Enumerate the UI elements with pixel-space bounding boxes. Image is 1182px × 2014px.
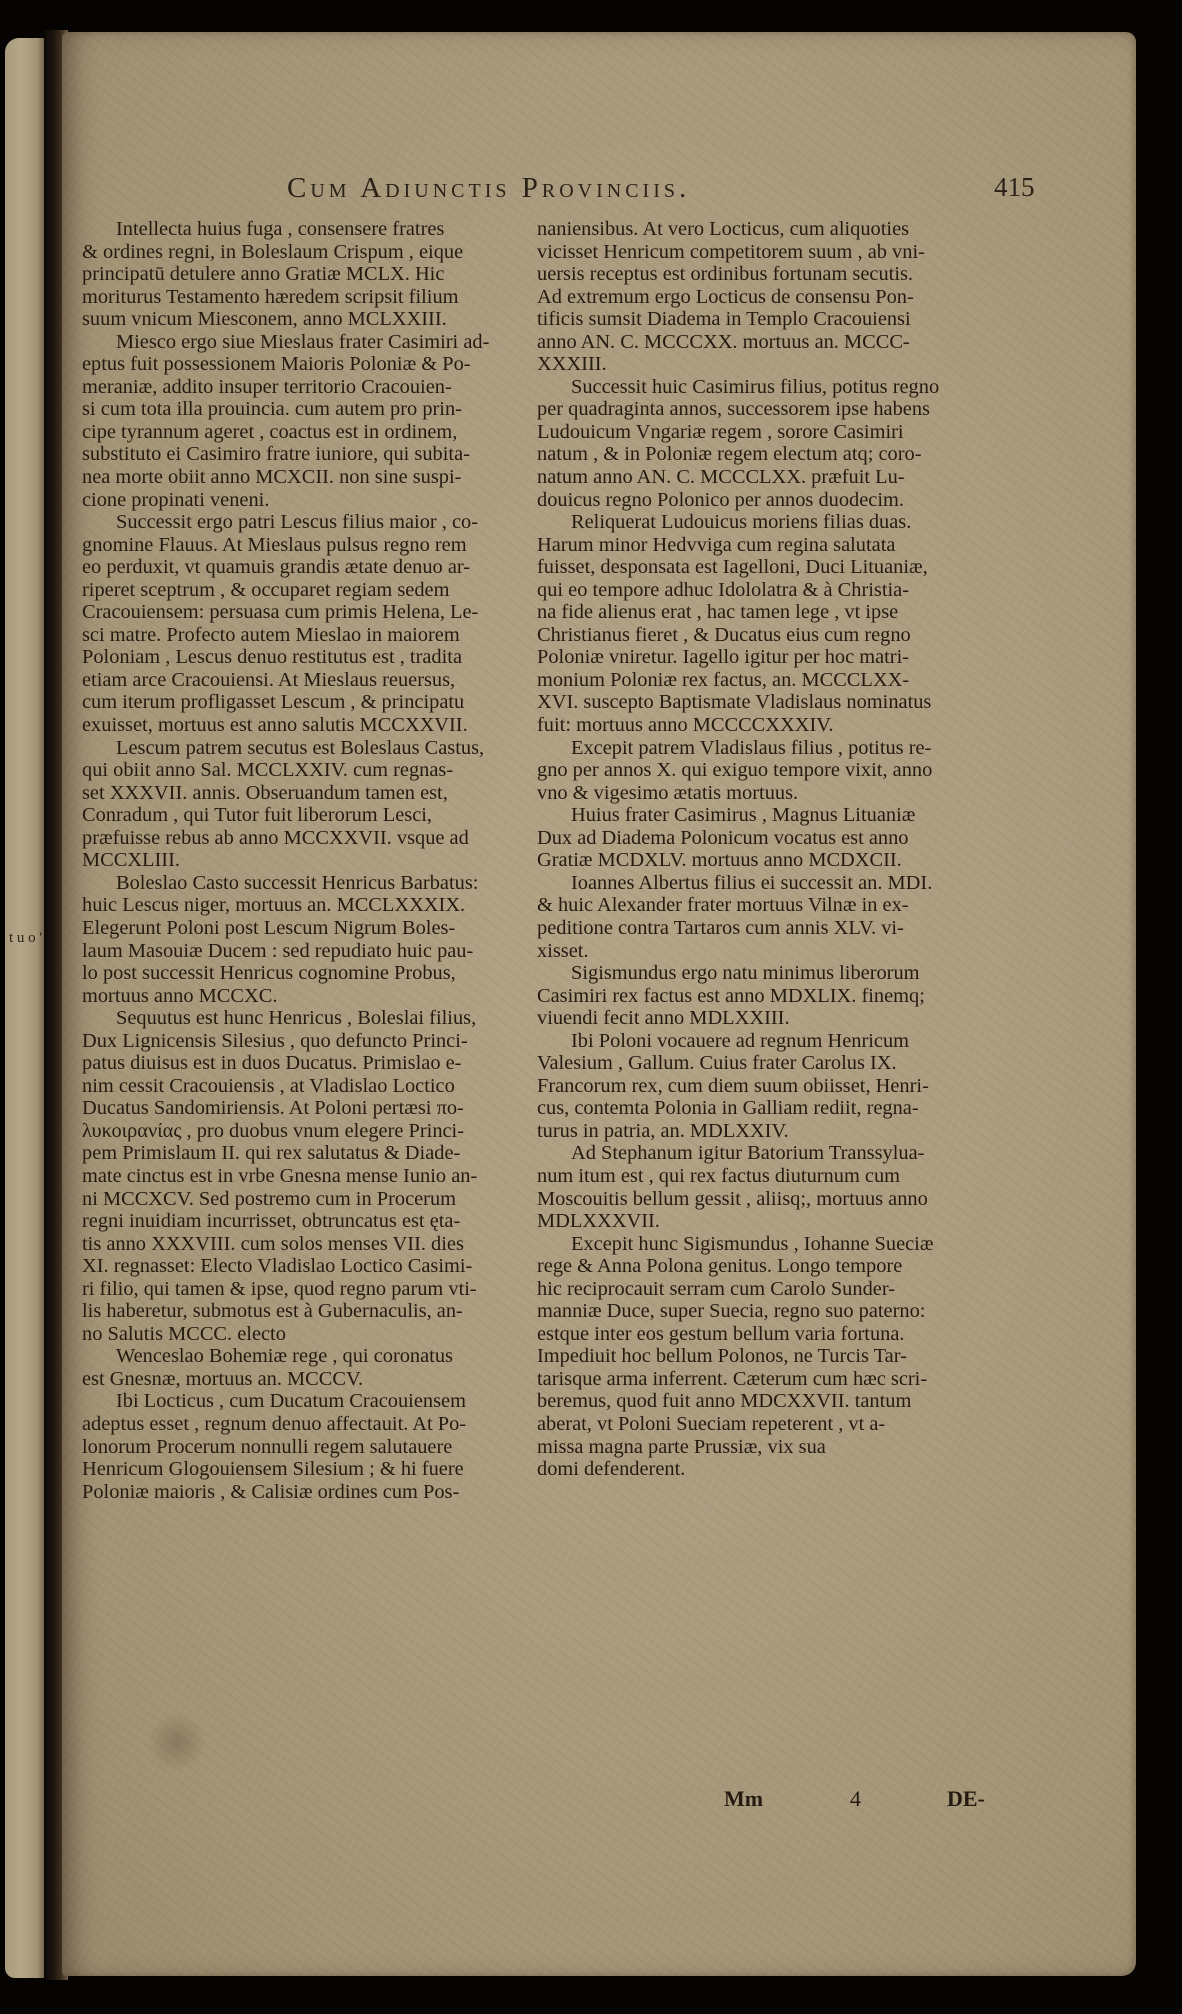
text-line: Boleslao Casto successit Henricus Barbat… [82, 872, 502, 895]
text-line: & ordines regni, in Boleslaum Crispum , … [82, 241, 502, 264]
text-line: tificis sumsit Diadema in Templo Cracoui… [537, 308, 957, 331]
text-line: lo post successit Henricus cognomine Pro… [82, 962, 502, 985]
text-line: Conradum , qui Tutor fuit liberorum Lesc… [82, 804, 502, 827]
running-head: Cum Adiunctis Provinciis. [287, 172, 690, 205]
text-line: qui obiit anno Sal. MCCLXXIV. cum regnas… [82, 759, 502, 782]
text-line: Poloniam , Lescus denuo restitutus est ,… [82, 646, 502, 669]
text-line: λυκοιρανίας , pro duobus vnum elegere Pr… [82, 1120, 502, 1143]
text-line: anno AN. C. MCCCXX. mortuus an. MCCC- [537, 331, 957, 354]
text-line: turus in patria, an. MDLXXIV. [537, 1120, 957, 1143]
right-text-column: naniensibus. At vero Locticus, cum aliqu… [537, 218, 957, 1481]
text-line: rege & Anna Polona genitus. Longo tempor… [537, 1255, 957, 1278]
text-line: cipe tyrannum ageret , coactus est in or… [82, 421, 502, 444]
left-text-column: Intellecta huius fuga , consensere fratr… [82, 218, 502, 1503]
text-line: num itum est , qui rex factus diuturnum … [537, 1165, 957, 1188]
text-line: douicus regno Polonico per annos duodeci… [537, 489, 957, 512]
text-line: peditione contra Tartaros cum annis XLV.… [537, 917, 957, 940]
text-line: suum vnicum Miesconem, anno MCLXXIII. [82, 308, 502, 331]
text-line: fuit: mortuus anno MCCCCXXXIV. [537, 714, 957, 737]
text-line: MCCXLIII. [82, 849, 502, 872]
text-line: Christianus fieret , & Ducatus eius cum … [537, 624, 957, 647]
text-line: viuendi fecit anno MDLXXIII. [537, 1007, 957, 1030]
text-line: estque inter eos gestum bellum varia for… [537, 1323, 957, 1346]
text-line: tarisque arma inferrent. Cæterum cum hæc… [537, 1368, 957, 1391]
text-line: mortuus anno MCCXC. [82, 985, 502, 1008]
text-line: cum iterum profligasset Lescum , & princ… [82, 691, 502, 714]
text-line: Excepit patrem Vladislaus filius , potit… [537, 737, 957, 760]
text-line: Lescum patrem secutus est Boleslaus Cast… [82, 737, 502, 760]
text-line: XXXIII. [537, 353, 957, 376]
text-line: nea morte obiit anno MCXCII. non sine su… [82, 466, 502, 489]
text-line: Ibi Poloni vocauere ad regnum Henricum [537, 1030, 957, 1053]
text-line: xisset. [537, 940, 957, 963]
text-line: meraniæ, addito insuper territorio Craco… [82, 376, 502, 399]
text-line: natum , & in Poloniæ regem electum atq; … [537, 443, 957, 466]
text-line: Poloniæ maioris , & Calisiæ ordines cum … [82, 1481, 502, 1504]
text-line: ni MCCXCV. Sed postremo cum in Procerum [82, 1188, 502, 1211]
text-line: fuisset, desponsata est Iagelloni, Duci … [537, 556, 957, 579]
text-line: Ioannes Albertus filius ei successit an.… [537, 872, 957, 895]
text-line: cus, contemta Polonia in Galliam rediit,… [537, 1097, 957, 1120]
text-line: vicisset Henricum competitorem suum , ab… [537, 241, 957, 264]
text-line: Excepit hunc Sigismundus , Iohanne Sueci… [537, 1233, 957, 1256]
text-line: domi defenderent. [537, 1458, 957, 1481]
text-line: uersis receptus est ordinibus fortunam s… [537, 263, 957, 286]
text-line: nim cessit Cracouiensis , at Vladislao L… [82, 1075, 502, 1098]
text-line: gnomine Flauus. At Mieslaus pulsus regno… [82, 534, 502, 557]
text-line: patus diuisus est in duos Ducatus. Primi… [82, 1052, 502, 1075]
text-line: hic reciprocauit serram cum Carolo Sunde… [537, 1278, 957, 1301]
text-line: natum anno AN. C. MCCCLXX. præfuit Lu- [537, 466, 957, 489]
text-line: si cum tota illa prouincia. cum autem pr… [82, 398, 502, 421]
text-line: lonorum Procerum nonnulli regem salutaue… [82, 1436, 502, 1459]
text-line: præfuisse rebus ab anno MCCXXVII. vsque … [82, 827, 502, 850]
text-line: Francorum rex, cum diem suum obiisset, H… [537, 1075, 957, 1098]
text-line: Intellecta huius fuga , consensere fratr… [82, 218, 502, 241]
text-line: Reliquerat Ludouicus moriens filias duas… [537, 511, 957, 534]
text-line: Elegerunt Poloni post Lescum Nigrum Bole… [82, 917, 502, 940]
text-line: naniensibus. At vero Locticus, cum aliqu… [537, 218, 957, 241]
text-line: Impediuit hoc bellum Polonos, ne Turcis … [537, 1345, 957, 1368]
text-line: Dux Lignicensis Silesius , quo defuncto … [82, 1030, 502, 1053]
text-line: mate cinctus est in vrbe Gnesna mense Iu… [82, 1165, 502, 1188]
text-line: Harum minor Hedvviga cum regina salutata [537, 534, 957, 557]
text-line: moriturus Testamento hæredem scripsit fi… [82, 286, 502, 309]
book-page: Cum Adiunctis Provinciis. 415 Intellecta… [62, 32, 1136, 1976]
text-line: Ad extremum ergo Locticus de consensu Po… [537, 286, 957, 309]
text-line: MDLXXXVII. [537, 1210, 957, 1233]
text-line: na fide alienus erat , hac tamen lege , … [537, 601, 957, 624]
text-line: Gratiæ MCDXLV. mortuus anno MCDXCII. [537, 849, 957, 872]
text-line: qui eo tempore adhuc Idololatra & à Chri… [537, 579, 957, 602]
text-line: Ibi Locticus , cum Ducatum Cracouiensem [82, 1390, 502, 1413]
text-line: Ad Stephanum igitur Batorium Transsylua- [537, 1142, 957, 1165]
text-line: riperet sceptrum , & occuparet regiam se… [82, 579, 502, 602]
text-line: monium Poloniæ rex factus, an. MCCCLXX- [537, 669, 957, 692]
text-line: tis anno XXXVIII. cum solos menses VII. … [82, 1233, 502, 1256]
text-line: huic Lescus niger, mortuus an. MCCLXXXIX… [82, 894, 502, 917]
text-line: lis haberetur, submotus est à Gubernacul… [82, 1300, 502, 1323]
text-line: Moscouitis bellum gessit , aliisq;, mort… [537, 1188, 957, 1211]
text-line: & huic Alexander frater mortuus Vilnæ in… [537, 894, 957, 917]
text-line: Dux ad Diadema Polonicum vocatus est ann… [537, 827, 957, 850]
text-line: Successit huic Casimirus filius, potitus… [537, 376, 957, 399]
text-line: aberat, vt Poloni Sueciam repeterent , v… [537, 1413, 957, 1436]
text-line: Cracouiensem: persuasa cum primis Helena… [82, 601, 502, 624]
text-line: Wenceslao Bohemiæ rege , qui coronatus [82, 1345, 502, 1368]
page-number: 415 [994, 172, 1035, 203]
text-line: pem Primislaum II. qui rex salutatus & D… [82, 1142, 502, 1165]
text-line: Henricum Glogouiensem Silesium ; & hi fu… [82, 1458, 502, 1481]
text-line: XVI. suscepto Baptismate Vladislaus nomi… [537, 691, 957, 714]
ink-smudge [147, 1712, 207, 1772]
text-line: Sequutus est hunc Henricus , Boleslai fi… [82, 1007, 502, 1030]
catchword: DE- [947, 1786, 985, 1812]
signature-number: 4 [850, 1786, 861, 1812]
text-line: sci matre. Profecto autem Mieslao in mai… [82, 624, 502, 647]
text-line: Miesco ergo siue Mieslaus frater Casimir… [82, 331, 502, 354]
text-line: manniæ Duce, super Suecia, regno suo pat… [537, 1300, 957, 1323]
text-line: Valesium , Gallum. Cuius frater Carolus … [537, 1052, 957, 1075]
text-line: exuisset, mortuus est anno salutis MCCXX… [82, 714, 502, 737]
text-line: Poloniæ vniretur. Iagello igitur per hoc… [537, 646, 957, 669]
text-line: beremus, quod fuit anno MDCXXVII. tantum [537, 1390, 957, 1413]
text-line: etiam arce Cracouiensi. At Mieslaus reue… [82, 669, 502, 692]
text-line: principatū detulere anno Gratiæ MCLX. Hi… [82, 263, 502, 286]
text-line: Sigismundus ergo natu minimus liberorum [537, 962, 957, 985]
text-line: XI. regnasset: Electo Vladislao Loctico … [82, 1255, 502, 1278]
text-line: per quadraginta annos, successorem ipse … [537, 398, 957, 421]
text-line: adeptus esset , regnum denuo affectauit.… [82, 1413, 502, 1436]
text-line: set XXXVII. annis. Obseruandum tamen est… [82, 782, 502, 805]
text-line: Successit ergo patri Lescus filius maior… [82, 511, 502, 534]
text-line: ri filio, qui tamen & ipse, quod regno p… [82, 1278, 502, 1301]
text-line: Ducatus Sandomiriensis. At Poloni pertæs… [82, 1097, 502, 1120]
text-line: eptus fuit possessionem Maioris Poloniæ … [82, 353, 502, 376]
text-line: no Salutis MCCC. electo [82, 1323, 502, 1346]
signature-mark: Mm [724, 1786, 763, 1812]
text-line: Huius frater Casimirus , Magnus Lituaniæ [537, 804, 957, 827]
text-line: substituto ei Casimiro fratre iuniore, q… [82, 443, 502, 466]
text-line: vno & vigesimo ætatis mortuus. [537, 782, 957, 805]
previous-page-edge: t u o ' l i u i l ' s p ' ı s o s ı s ı … [5, 38, 45, 1978]
text-line: cione propinati veneni. [82, 489, 502, 512]
text-line: eo perduxit, vt quamuis grandis ætate de… [82, 556, 502, 579]
previous-page-edge-letters: t u o ' l i u i l ' s p ' ı s o s ı s ı … [9, 918, 19, 958]
text-line: est Gnesnæ, mortuus an. MCCCV. [82, 1368, 502, 1391]
text-line: missa magna parte Prussiæ, vix sua [537, 1436, 957, 1459]
text-line: Casimiri rex factus est anno MDXLIX. fin… [537, 985, 957, 1008]
text-line: laum Masouiæ Ducem : sed repudiato huic … [82, 940, 502, 963]
text-line: Ludouicum Vngariæ regem , sorore Casimir… [537, 421, 957, 444]
text-line: gno per annos X. qui exiguo tempore vixi… [537, 759, 957, 782]
text-line: regni inuidiam incurrisset, obtruncatus … [82, 1210, 502, 1233]
